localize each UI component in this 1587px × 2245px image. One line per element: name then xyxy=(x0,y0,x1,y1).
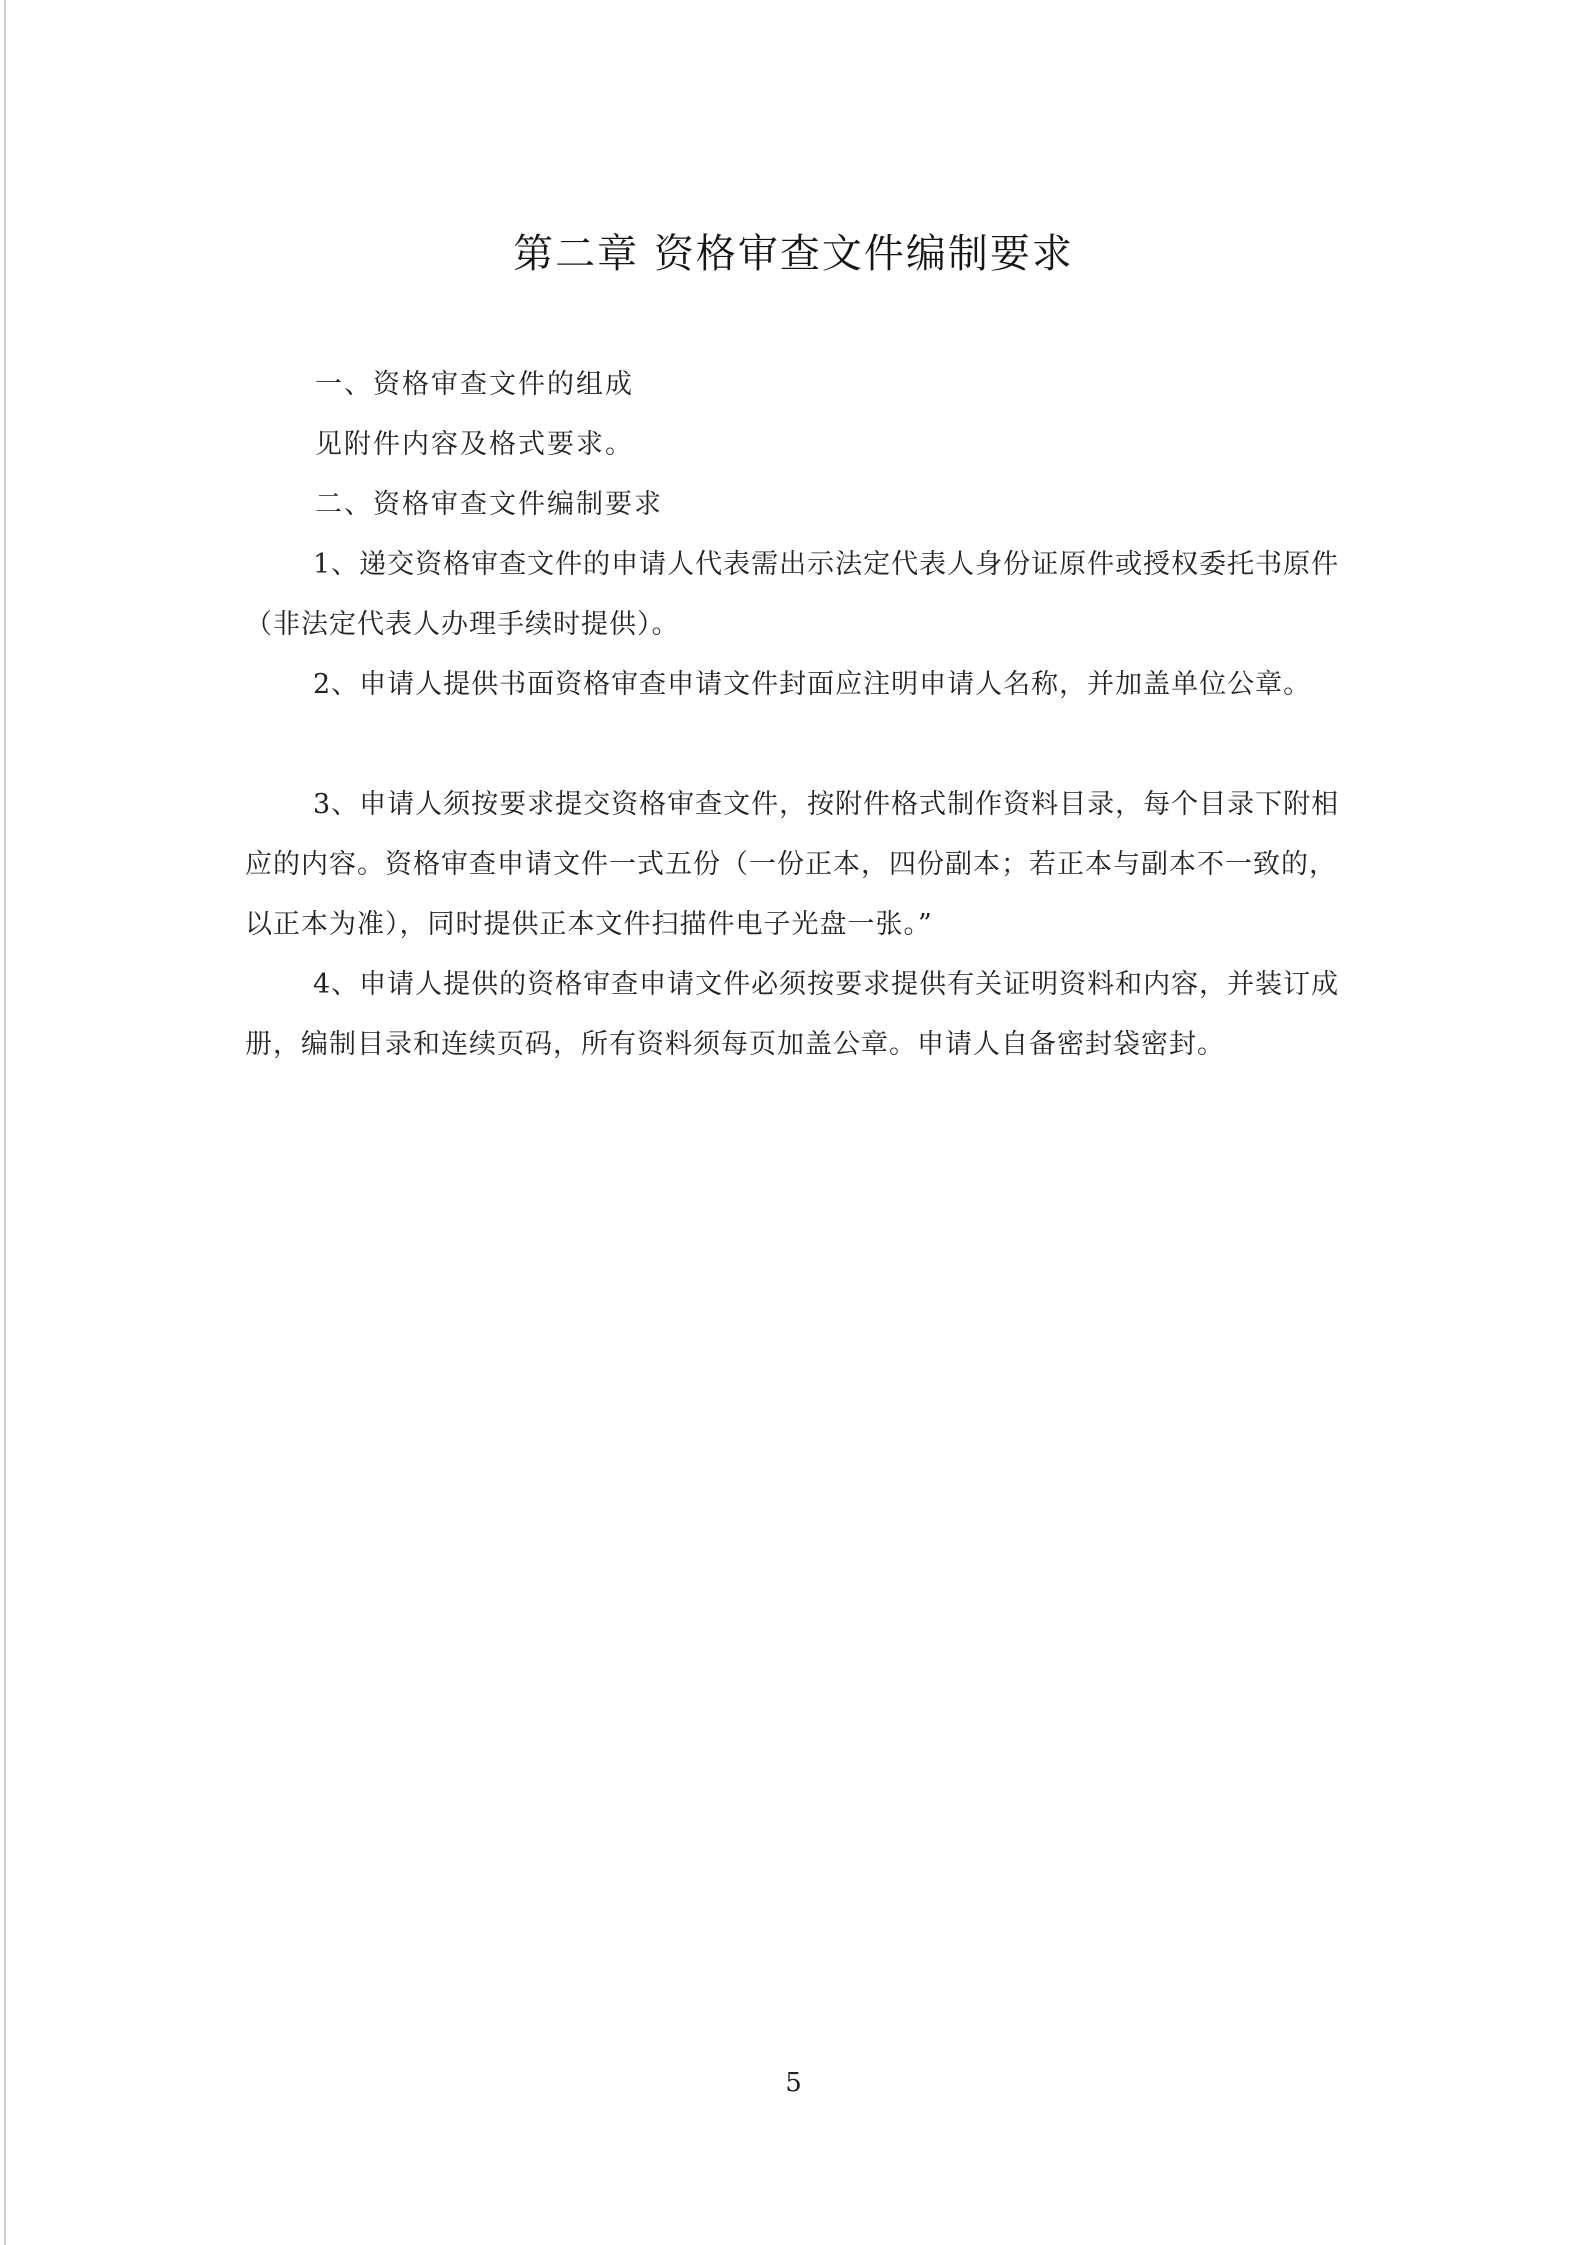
chapter-title: 第二章 资格审查文件编制要求 xyxy=(0,222,1587,279)
requirement-item-2: 2、申请人提供书面资格审查申请文件封面应注明申请人名称，并加盖单位公章。 xyxy=(245,655,1345,715)
section-body-composition: 见附件内容及格式要求。 xyxy=(315,415,634,475)
document-page: 第二章 资格审查文件编制要求 一、资格审查文件的组成 见附件内容及格式要求。 二… xyxy=(0,0,1587,2245)
requirement-item-1: 1、递交资格审查文件的申请人代表需出示法定代表人身份证原件或授权委托书原件（非法… xyxy=(245,535,1345,655)
page-number: 5 xyxy=(0,2068,1587,2098)
requirement-item-3: 3、申请人须按要求提交资格审查文件，按附件格式制作资料目录，每个目录下附相应的内… xyxy=(245,775,1345,955)
section-heading-composition: 一、资格审查文件的组成 xyxy=(315,355,634,415)
requirement-item-4: 4、申请人提供的资格审查申请文件必须按要求提供有关证明资料和内容，并装订成册，编… xyxy=(245,955,1345,1075)
section-heading-requirements: 二、资格审查文件编制要求 xyxy=(315,475,663,535)
